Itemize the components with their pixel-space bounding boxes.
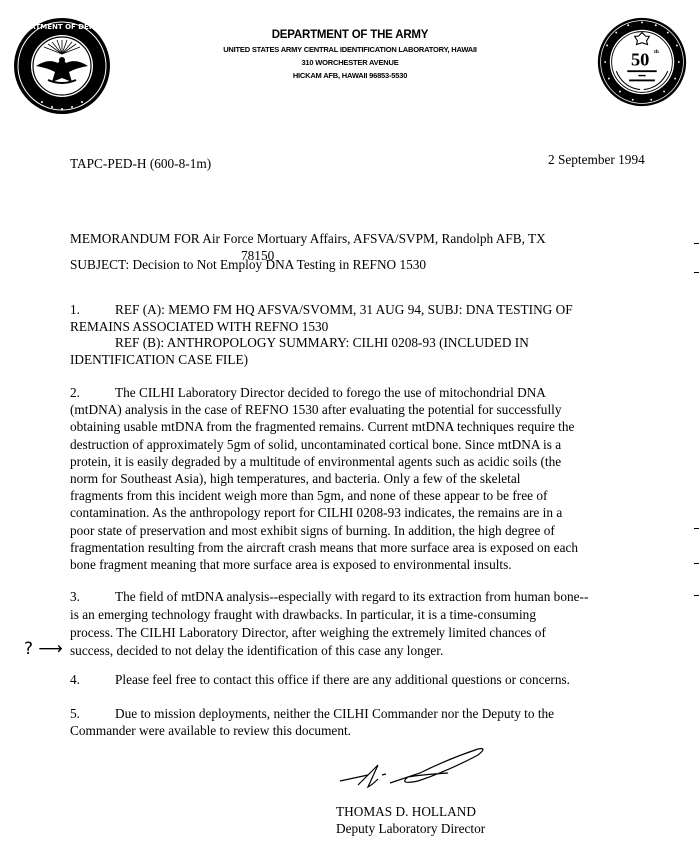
paragraph-2: 2.The CILHI Laboratory Director decided … <box>70 384 680 573</box>
paragraph-line: The CILHI Laboratory Director decided to… <box>115 385 546 400</box>
paragraph-line: poor state of preservation and most exhi… <box>70 522 680 539</box>
paragraph-line: norm for Southeast Asia), high temperatu… <box>70 470 680 487</box>
margin-tick <box>694 528 699 529</box>
paragraph-line: REF (A): MEMO FM HQ AFSVA/SVOMM, 31 AUG … <box>115 302 573 317</box>
paragraph-line: fragmentation resulting from the aircraf… <box>70 539 680 556</box>
paragraph-line: Please feel free to contact this office … <box>115 672 570 687</box>
memo-date: 2 September 1994 <box>548 152 645 168</box>
paragraph-number: 1. <box>70 302 115 319</box>
paragraph-line: protein, it is easily degraded by a mult… <box>70 453 680 470</box>
svg-text:50: 50 <box>631 50 649 70</box>
paragraph-1: 1.REF (A): MEMO FM HQ AFSVA/SVOMM, 31 AU… <box>70 302 680 368</box>
department-of-defense-seal-icon: DEPARTMENT OF DEFENSE <box>12 16 112 116</box>
paragraph-line: The field of mtDNA analysis--especially … <box>115 589 588 604</box>
subject-line: SUBJECT: Decision to Not Employ DNA Test… <box>70 257 426 273</box>
paragraph-4: 4.Please feel free to contact this offic… <box>70 672 680 689</box>
city-address: HICKAM AFB, HAWAII 96853-5530 <box>160 69 540 82</box>
paragraph-line: contamination. As the anthropology repor… <box>70 504 680 521</box>
paragraph-line: obtaining usable mtDNA from the fragment… <box>70 418 680 435</box>
letterhead: DEPARTMENT OF THE ARMY UNITED STATES ARM… <box>160 28 540 82</box>
margin-tick <box>694 563 699 564</box>
memorandum-for: MEMORANDUM FOR Air Force Mortuary Affair… <box>70 231 546 247</box>
paragraph-line: is an emerging technology fraught with d… <box>70 606 680 624</box>
paragraph-line: REMAINS ASSOCIATED WITH REFNO 1530 <box>70 319 328 334</box>
paragraph-line: success, decided to not delay the identi… <box>70 642 680 660</box>
street-address: 310 WORCHESTER AVENUE <box>160 56 540 69</box>
paragraph-number: 3. <box>70 588 115 606</box>
paragraph-number: 2. <box>70 384 115 401</box>
paragraph-line: (mtDNA) analysis in the case of REFNO 15… <box>70 401 680 418</box>
paragraph-3: 3.The field of mtDNA analysis--especiall… <box>70 588 680 660</box>
office-symbol: TAPC-PED-H (600-8-1m) <box>70 156 211 172</box>
svg-text:th: th <box>654 49 659 55</box>
paragraph-line: Due to mission deployments, neither the … <box>115 706 554 721</box>
anniversary-seal-icon: 50 th <box>596 16 688 108</box>
paragraph-line: process. The CILHI Laboratory Director, … <box>70 624 680 642</box>
signer-name: THOMAS D. HOLLAND <box>336 803 485 820</box>
paragraph-line: fragments from this incident weigh more … <box>70 487 680 504</box>
paragraph-line: REF (B): ANTHROPOLOGY SUMMARY: CILHI 020… <box>115 335 529 350</box>
paragraph-line: Commander were available to review this … <box>70 723 680 740</box>
unit-name: UNITED STATES ARMY CENTRAL IDENTIFICATIO… <box>160 43 540 56</box>
handwritten-question-arrow-annotation: ? ⟶ <box>24 640 63 658</box>
paragraph-5: 5.Due to mission deployments, neither th… <box>70 706 680 739</box>
margin-tick <box>694 243 699 244</box>
margin-tick <box>694 595 699 596</box>
svg-text:DEPARTMENT OF DEFENSE: DEPARTMENT OF DEFENSE <box>12 23 112 31</box>
signature-block: THOMAS D. HOLLAND Deputy Laboratory Dire… <box>336 803 485 837</box>
paragraph-line: IDENTIFICATION CASE FILE) <box>70 352 248 367</box>
department-title: DEPARTMENT OF THE ARMY <box>160 28 540 43</box>
paragraph-line: destruction of approximately 5gm of soli… <box>70 436 680 453</box>
paragraph-number: 4. <box>70 672 115 689</box>
margin-tick <box>694 272 699 273</box>
paragraph-number: 5. <box>70 706 115 723</box>
signer-title: Deputy Laboratory Director <box>336 820 485 837</box>
handwritten-signature-icon <box>338 745 488 795</box>
paragraph-line: bone fragment meaning that more surface … <box>70 556 680 573</box>
